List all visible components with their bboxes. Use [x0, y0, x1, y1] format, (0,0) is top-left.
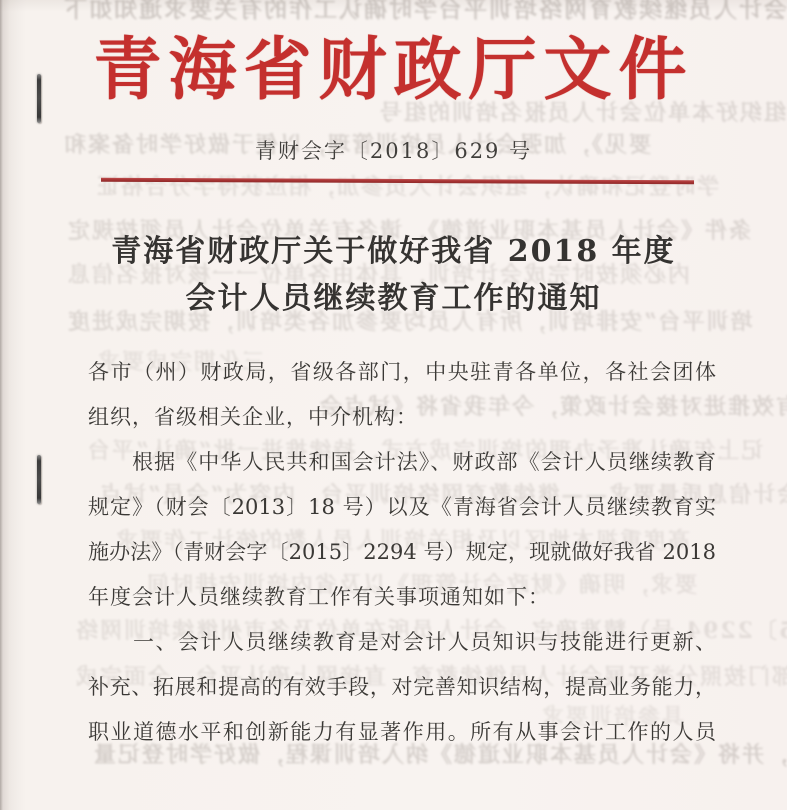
body-line: 根据《中华人民共和国会计法》、财政部《会计人员继续教育	[88, 440, 716, 485]
body-text: 各市（州）财政局，省级各部门，中央驻青各单位，各社会团体组织，省级相关企业，中介…	[88, 350, 716, 755]
body-line: 年度会计人员继续教育工作有关事项通知如下：	[88, 575, 716, 620]
body-line: 施办法》（青财会字〔2015〕2294 号）规定，现就做好我省 2018	[88, 530, 716, 575]
body-line: 规定》（财会〔2013〕18 号）以及《青海省会计人员继续教育实	[88, 485, 716, 530]
scan-edge-shadow	[0, 0, 26, 810]
red-divider-rule	[101, 178, 694, 185]
staple-mark-bottom	[37, 455, 41, 504]
body-line: 各市（州）财政局，省级各部门，中央驻青各单位，各社会团体	[88, 350, 716, 395]
document-page: 县开展全省会计人员继续教育网络培训平台学时确认工作的有关要求通知如下二、各有关单…	[0, 0, 787, 810]
title-line-2: 会计人员继续教育工作的通知	[0, 275, 787, 322]
document-number: 青财会字〔2018〕629 号	[0, 135, 787, 165]
bleedthrough-text-row: 学时登记和确认，组织会计人员参加，相应获得学分合格证	[95, 170, 719, 201]
document-title: 青海省财政厅关于做好我省 2018 年度 会计人员继续教育工作的通知	[0, 228, 787, 322]
scan-top-shadow	[0, 0, 787, 12]
body-line: 组织，省级相关企业，中介机构：	[88, 395, 716, 440]
staple-mark-top	[37, 74, 41, 123]
title-line-1: 青海省财政厅关于做好我省 2018 年度	[0, 228, 787, 275]
letterhead-title: 青海省财政厅文件	[0, 16, 787, 113]
body-line: 一、会计人员继续教育是对会计人员知识与技能进行更新、	[88, 620, 716, 665]
body-line: 职业道德水平和创新能力有显著作用。所有从事会计工作的人员	[88, 710, 716, 755]
body-line: 补充、拓展和提高的有效手段，对完善知识结构，提高业务能力，	[88, 665, 716, 710]
